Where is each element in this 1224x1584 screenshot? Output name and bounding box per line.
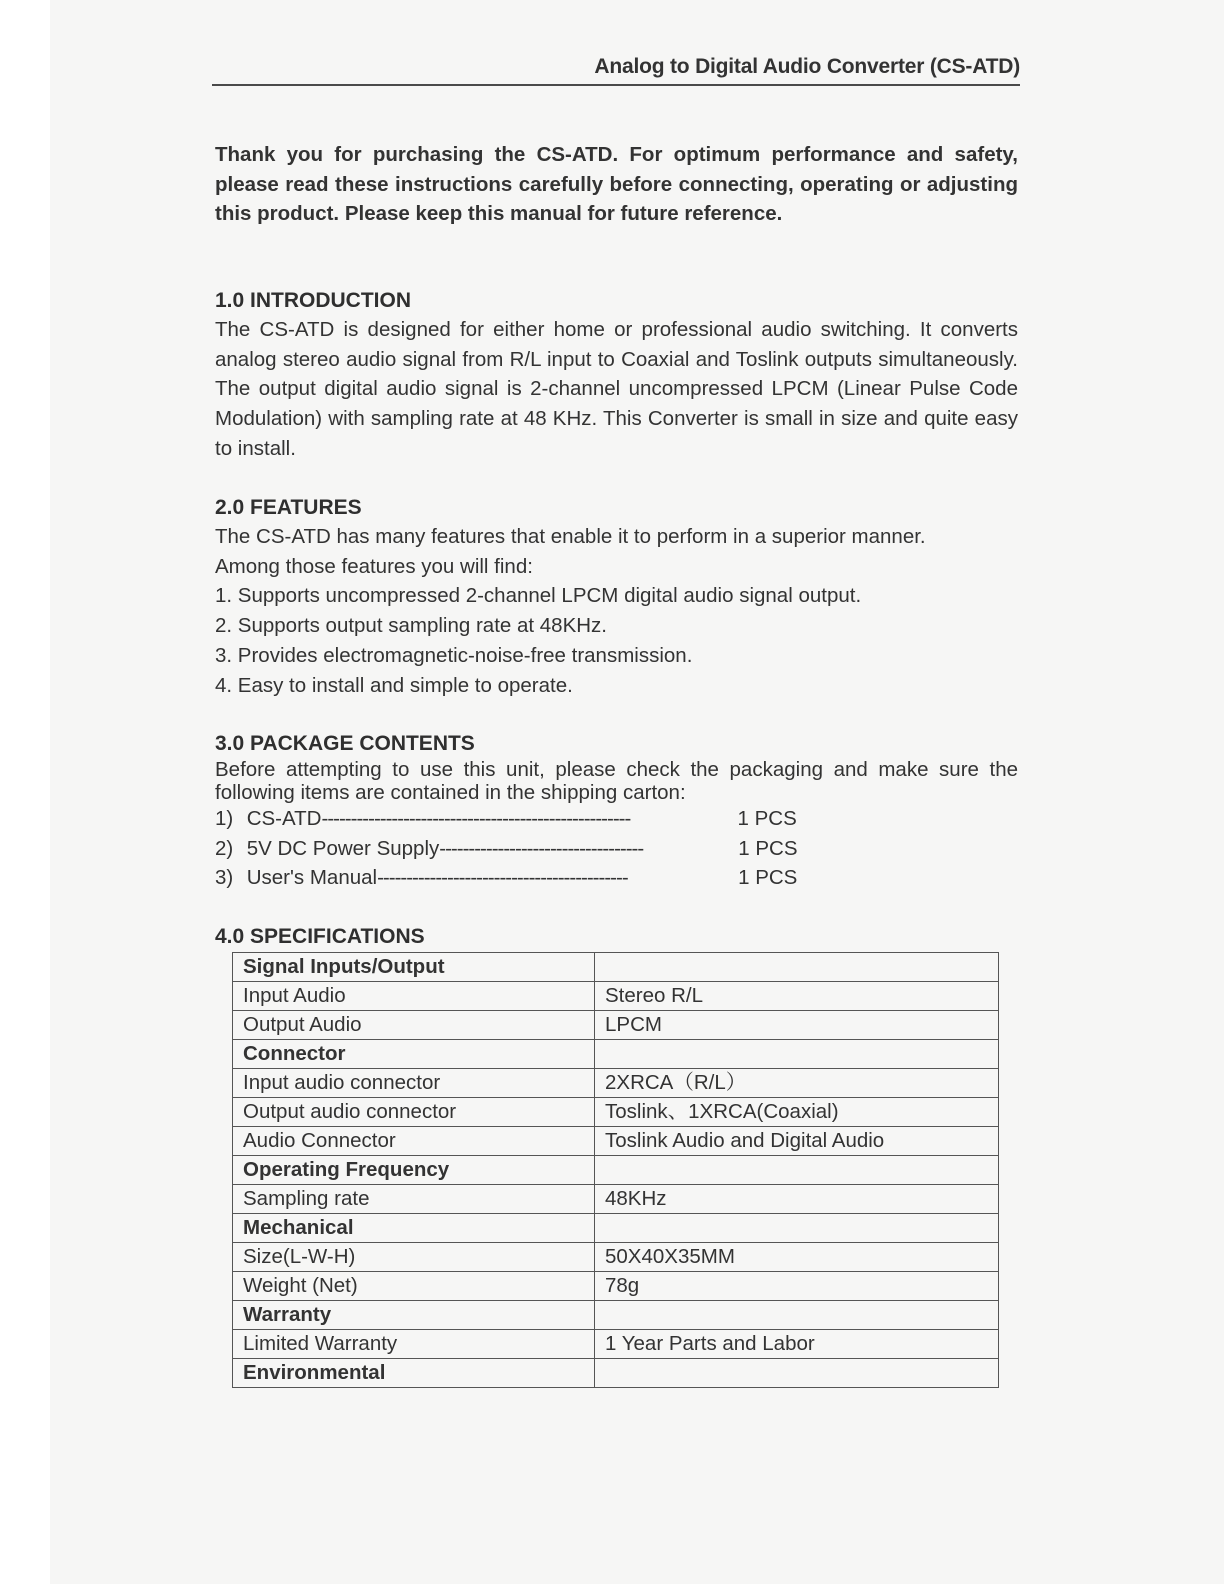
package-item: 2) 5V DC Power Supply-------------------… xyxy=(215,834,1018,864)
spec-key: Limited Warranty xyxy=(233,1330,595,1359)
spec-key: Output Audio xyxy=(233,1011,595,1040)
package-item-qty: 1 PCS xyxy=(738,863,797,893)
introduction-text: The CS-ATD is designed for either home o… xyxy=(215,315,1018,464)
features-intro-text: The CS-ATD has many features that enable… xyxy=(215,522,1018,552)
spec-row: Audio ConnectorToslink Audio and Digital… xyxy=(233,1127,999,1156)
spec-value xyxy=(595,1359,999,1388)
package-list: 1) CS-ATD-------------------------------… xyxy=(215,804,1018,893)
feature-item: 4. Easy to install and simple to operate… xyxy=(215,671,1018,701)
feature-item: 1. Supports uncompressed 2-channel LPCM … xyxy=(215,581,1018,611)
spec-row: Input AudioStereo R/L xyxy=(233,982,999,1011)
spec-key: Environmental xyxy=(233,1359,595,1388)
spec-value: 78g xyxy=(595,1272,999,1301)
section-heading: 4.0 SPECIFICATIONS xyxy=(215,922,1018,951)
section-features: 2.0 FEATURES The CS-ATD has many feature… xyxy=(215,493,1018,700)
section-heading: 1.0 INTRODUCTION xyxy=(215,286,1018,315)
spec-value: 2XRCA（R/L） xyxy=(595,1069,999,1098)
spec-key: Weight (Net) xyxy=(233,1272,595,1301)
spec-key: Operating Frequency xyxy=(233,1156,595,1185)
spec-group-row: Mechanical xyxy=(233,1214,999,1243)
leader-dashes: ----------------------------------------… xyxy=(322,804,738,834)
spec-group-row: Operating Frequency xyxy=(233,1156,999,1185)
package-item: 3) User's Manual------------------------… xyxy=(215,863,1018,893)
leader-dashes: ----------------------------------- xyxy=(439,834,738,864)
intro-paragraph: Thank you for purchasing the CS-ATD. For… xyxy=(215,140,1018,229)
package-item-number: 1) xyxy=(215,804,241,834)
features-intro-line-1: The CS-ATD has many features that enable… xyxy=(215,522,1018,581)
spec-value xyxy=(595,953,999,982)
page-header: Analog to Digital Audio Converter (CS-AT… xyxy=(212,52,1020,86)
features-intro-text: Among those features you will find: xyxy=(215,552,1018,582)
spec-key: Input audio connector xyxy=(233,1069,595,1098)
spec-row: Sampling rate48KHz xyxy=(233,1185,999,1214)
section-heading: 3.0 PACKAGE CONTENTS xyxy=(215,729,1018,758)
spec-row: Output audio connectorToslink、1XRCA(Coax… xyxy=(233,1098,999,1127)
spec-value: Toslink、1XRCA(Coaxial) xyxy=(595,1098,999,1127)
feature-item: 2. Supports output sampling rate at 48KH… xyxy=(215,611,1018,641)
spec-value xyxy=(595,1214,999,1243)
spec-value: 48KHz xyxy=(595,1185,999,1214)
section-specifications: 4.0 SPECIFICATIONS xyxy=(215,922,1018,951)
spec-group-row: Signal Inputs/Output xyxy=(233,953,999,982)
specifications-table: Signal Inputs/OutputInput AudioStereo R/… xyxy=(232,952,999,1388)
spec-value xyxy=(595,1040,999,1069)
spec-key: Warranty xyxy=(233,1301,595,1330)
spec-group-row: Connector xyxy=(233,1040,999,1069)
spec-key: Output audio connector xyxy=(233,1098,595,1127)
spec-row: Weight (Net)78g xyxy=(233,1272,999,1301)
spec-key: Mechanical xyxy=(233,1214,595,1243)
spec-key: Audio Connector xyxy=(233,1127,595,1156)
spec-value xyxy=(595,1301,999,1330)
spec-row: Size(L-W-H)50X40X35MM xyxy=(233,1243,999,1272)
package-item-qty: 1 PCS xyxy=(738,804,797,834)
spec-key: Input Audio xyxy=(233,982,595,1011)
spec-value xyxy=(595,1156,999,1185)
spec-row: Input audio connector2XRCA（R/L） xyxy=(233,1069,999,1098)
package-item-qty: 1 PCS xyxy=(738,834,797,864)
package-item-name: CS-ATD xyxy=(247,804,322,834)
spec-value: 50X40X35MM xyxy=(595,1243,999,1272)
spec-key: Sampling rate xyxy=(233,1185,595,1214)
spec-group-row: Environmental xyxy=(233,1359,999,1388)
spec-value: Stereo R/L xyxy=(595,982,999,1011)
package-item-name: User's Manual xyxy=(247,863,377,893)
spec-value: 1 Year Parts and Labor xyxy=(595,1330,999,1359)
package-item-number: 2) xyxy=(215,834,241,864)
spec-row: Limited Warranty1 Year Parts and Labor xyxy=(233,1330,999,1359)
feature-item: 3. Provides electromagnetic-noise-free t… xyxy=(215,641,1018,671)
section-introduction: 1.0 INTRODUCTION The CS-ATD is designed … xyxy=(215,286,1018,464)
spec-group-row: Warranty xyxy=(233,1301,999,1330)
spec-row: Output AudioLPCM xyxy=(233,1011,999,1040)
spec-value: LPCM xyxy=(595,1011,999,1040)
leader-dashes: ----------------------------------------… xyxy=(377,863,738,893)
spec-value: Toslink Audio and Digital Audio xyxy=(595,1127,999,1156)
package-item-number: 3) xyxy=(215,863,241,893)
package-text: Before attempting to use this unit, plea… xyxy=(215,758,1018,804)
section-package-contents: 3.0 PACKAGE CONTENTS Before attempting t… xyxy=(215,729,1018,893)
section-heading: 2.0 FEATURES xyxy=(215,493,1018,522)
spec-key: Signal Inputs/Output xyxy=(233,953,595,982)
spec-key: Connector xyxy=(233,1040,595,1069)
document-title: Analog to Digital Audio Converter (CS-AT… xyxy=(594,55,1020,79)
package-item-name: 5V DC Power Supply xyxy=(247,834,440,864)
package-item: 1) CS-ATD-------------------------------… xyxy=(215,804,1018,834)
spec-key: Size(L-W-H) xyxy=(233,1243,595,1272)
